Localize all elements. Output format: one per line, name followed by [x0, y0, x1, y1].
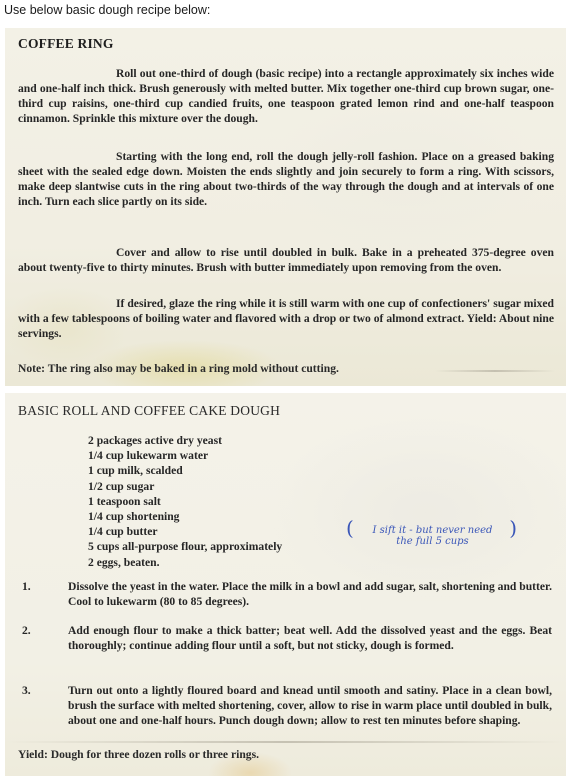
coffee-ring-paragraph-1: Roll out one-third of dough (basic recip… [18, 66, 554, 126]
step-1: 1. Dissolve the yeast in the water. Plac… [18, 579, 552, 609]
step-3: 3. Turn out onto a lightly floured board… [18, 683, 552, 728]
step-number: 2. [22, 623, 31, 638]
dough-yield: Yield: Dough for three dozen rolls or th… [18, 748, 259, 761]
ingredient-item: 2 eggs, beaten. [88, 555, 282, 570]
step-2: 2. Add enough flour to make a thick batt… [18, 623, 552, 653]
coffee-ring-paragraph-3: Cover and allow to rise until doubled in… [18, 245, 554, 275]
basic-dough-scan: BASIC ROLL AND COFFEE CAKE DOUGH 2 packa… [5, 393, 566, 776]
ingredient-item: 2 packages active dry yeast [88, 433, 282, 448]
open-paren: ( [346, 523, 354, 534]
step-text: Dissolve the yeast in the water. Place t… [68, 579, 552, 609]
handwritten-annotation: ( I sift it - but never need the full 5 … [350, 525, 515, 547]
coffee-ring-scan: COFFEE RING Roll out one-third of dough … [5, 28, 566, 386]
coffee-ring-title: COFFEE RING [18, 36, 114, 52]
paper-crease [435, 370, 555, 372]
ingredient-item: 1/2 cup sugar [88, 479, 282, 494]
page-caption: Use below basic dough recipe below: [4, 3, 210, 17]
close-paren: ) [509, 523, 517, 534]
coffee-ring-paragraph-4: If desired, glaze the ring while it is s… [18, 296, 554, 341]
ingredient-item: 1 teaspoon salt [88, 494, 282, 509]
ingredient-item: 5 cups all-purpose flour, approximately [88, 539, 282, 554]
basic-dough-title: BASIC ROLL AND COFFEE CAKE DOUGH [18, 403, 280, 419]
step-number: 1. [22, 579, 31, 594]
coffee-ring-note: Note: The ring also may be baked in a ri… [18, 362, 339, 375]
step-text: Add enough flour to make a thick batter;… [68, 623, 552, 653]
ingredient-item: 1/4 cup butter [88, 524, 282, 539]
handwritten-line-2: the full 5 cups [350, 536, 515, 547]
coffee-ring-paragraph-2: Starting with the long end, roll the dou… [18, 149, 554, 209]
handwritten-line-1: I sift it - but never need [350, 525, 515, 536]
step-text: Turn out onto a lightly floured board an… [68, 683, 552, 728]
ingredient-item: 1/4 cup shortening [88, 509, 282, 524]
step-number: 3. [22, 683, 31, 698]
ingredient-item: 1 cup milk, scalded [88, 463, 282, 478]
ingredient-list: 2 packages active dry yeast 1/4 cup luke… [88, 433, 282, 570]
paper-crease [5, 741, 566, 743]
ingredient-item: 1/4 cup lukewarm water [88, 448, 282, 463]
